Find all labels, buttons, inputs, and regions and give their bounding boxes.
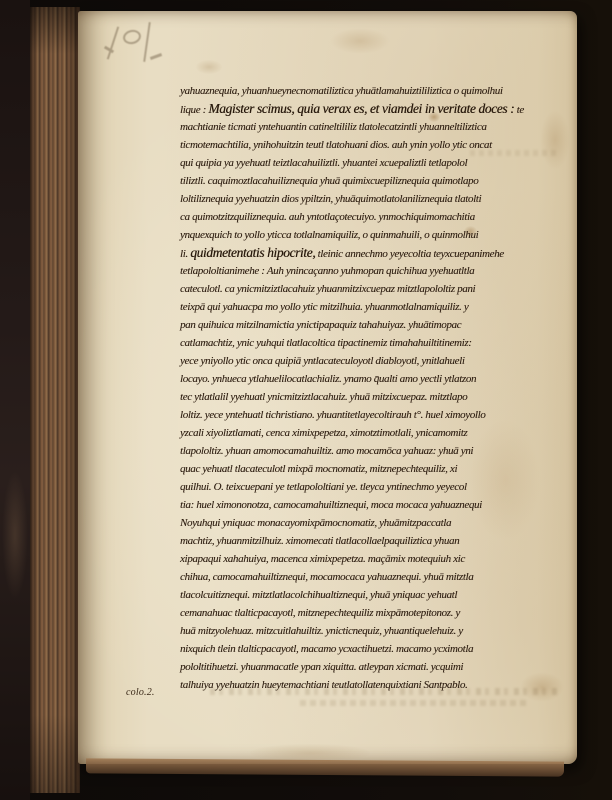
manuscript-line: chihua, camocamahuiltiznequi, mocamocaca…: [180, 568, 560, 586]
manuscript-line: cateculotl. ca ynicmitziztlacahuiz yhuan…: [180, 280, 560, 298]
manuscript-line: machtiz, yhuanmitzilhuiz. ximomecati tla…: [180, 532, 560, 550]
latin-phrase: quidmetentatis hipocrite,: [190, 245, 315, 260]
latin-phrase: Magister scimus, quia verax es, et viamd…: [208, 101, 514, 116]
manuscript-line: locayo. ynhueca ytlahuelilocatlachializ.…: [180, 370, 560, 388]
line-pre: lique :: [180, 104, 208, 116]
bottom-page-edges: [86, 758, 564, 776]
manuscript-line: tiliztli. caquimoztlacahuiliznequia yhuā…: [180, 172, 560, 190]
manuscript-line: ticmotemachtilia, ynihohuitzin teutl tla…: [180, 136, 560, 154]
spine-highlight: [2, 470, 28, 600]
manuscript-line: qui quipia ya yyehuatl teiztlacahuiliztl…: [180, 154, 560, 172]
manuscript-line: huā mitzyolehuaz. mitzcuitlahuiltiz. yni…: [180, 622, 560, 640]
manuscript-line: talhuiya yyehuatzin hueytemachtiani teut…: [180, 676, 560, 694]
manuscript-line: loltiz. yece yntehuatl tichristiano. yhu…: [180, 406, 560, 424]
manuscript-line: Noyuhqui yniquac monacayomixpāmocnomatiz…: [180, 514, 560, 532]
manuscript-line: ca quimotzitzquiliznequia. auh yntotlaço…: [180, 208, 560, 226]
manuscript-line: nixquich tlein tlalticpacayotl, macamo y…: [180, 640, 560, 658]
manuscript-line: teixpā qui yahuacpa mo yollo ytic mitzil…: [180, 298, 560, 316]
line-post: te: [514, 104, 524, 116]
manuscript-line: tlapololtiz. yhuan amomocamahuiltiz. amo…: [180, 442, 560, 460]
manuscript-line: yahuaznequia, yhuanhueynecnomatiliztica …: [180, 82, 560, 100]
manuscript-line: loltiliznequia yyehuatzin dios ypiltzin,…: [180, 190, 560, 208]
line-pre: li.: [180, 248, 190, 260]
margin-note: colo.2.: [126, 687, 155, 698]
manuscript-line: pan quihuica mitzilnamictia ynictipapaqu…: [180, 316, 560, 334]
manuscript-line: yece yniyollo ytic onca quipiā yntlacate…: [180, 352, 560, 370]
manuscript-line: cemanahuac tlalticpacayotl, mitznepechte…: [180, 604, 560, 622]
line-post: tleinic annechmo yeyecoltia teyxcuepanim…: [315, 248, 504, 260]
manuscript-line: xipapaqui xahahuiya, macenca ximixpepetz…: [180, 550, 560, 568]
manuscript-line: lique : Magister scimus, quia verax es, …: [180, 100, 560, 118]
fore-edge-shadow: [30, 7, 80, 793]
manuscript-line: tec ytlatlalil yyehuatl ynicmitziztlacah…: [180, 388, 560, 406]
manuscript-line: yzcali xiyoliztlamati, cenca ximixpepetz…: [180, 424, 560, 442]
manuscript-text-block: yahuaznequia, yhuanhueynecnomatiliztica …: [180, 82, 560, 694]
manuscript-line: quac yehuatl tlacateculotl mixpā mocnoma…: [180, 460, 560, 478]
manuscript-line: tlacolcuitiznequi. mitztlatlacolchihualt…: [180, 586, 560, 604]
manuscript-line: li. quidmetentatis hipocrite, tleinic an…: [180, 244, 560, 262]
manuscript-line: tetlapololtianimehe : Auh ynincaçanno yu…: [180, 262, 560, 280]
manuscript-line: quilhui. O. teixcuepani ye tetlapololtia…: [180, 478, 560, 496]
book-spine: [0, 0, 30, 800]
manuscript-line: pololtitihuetzi. yhuanmacatle ypan xiqui…: [180, 658, 560, 676]
manuscript-line: machtianie ticmati yntehuantin catinelti…: [180, 118, 560, 136]
manuscript-line: ynquexquich to yollo yticca totlalnamiqu…: [180, 226, 560, 244]
manuscript-line: catlamachtiz, ynic yuhqui tlatlacoltica …: [180, 334, 560, 352]
manuscript-line: tia: huel ximononotza, camocamahuiltizne…: [180, 496, 560, 514]
